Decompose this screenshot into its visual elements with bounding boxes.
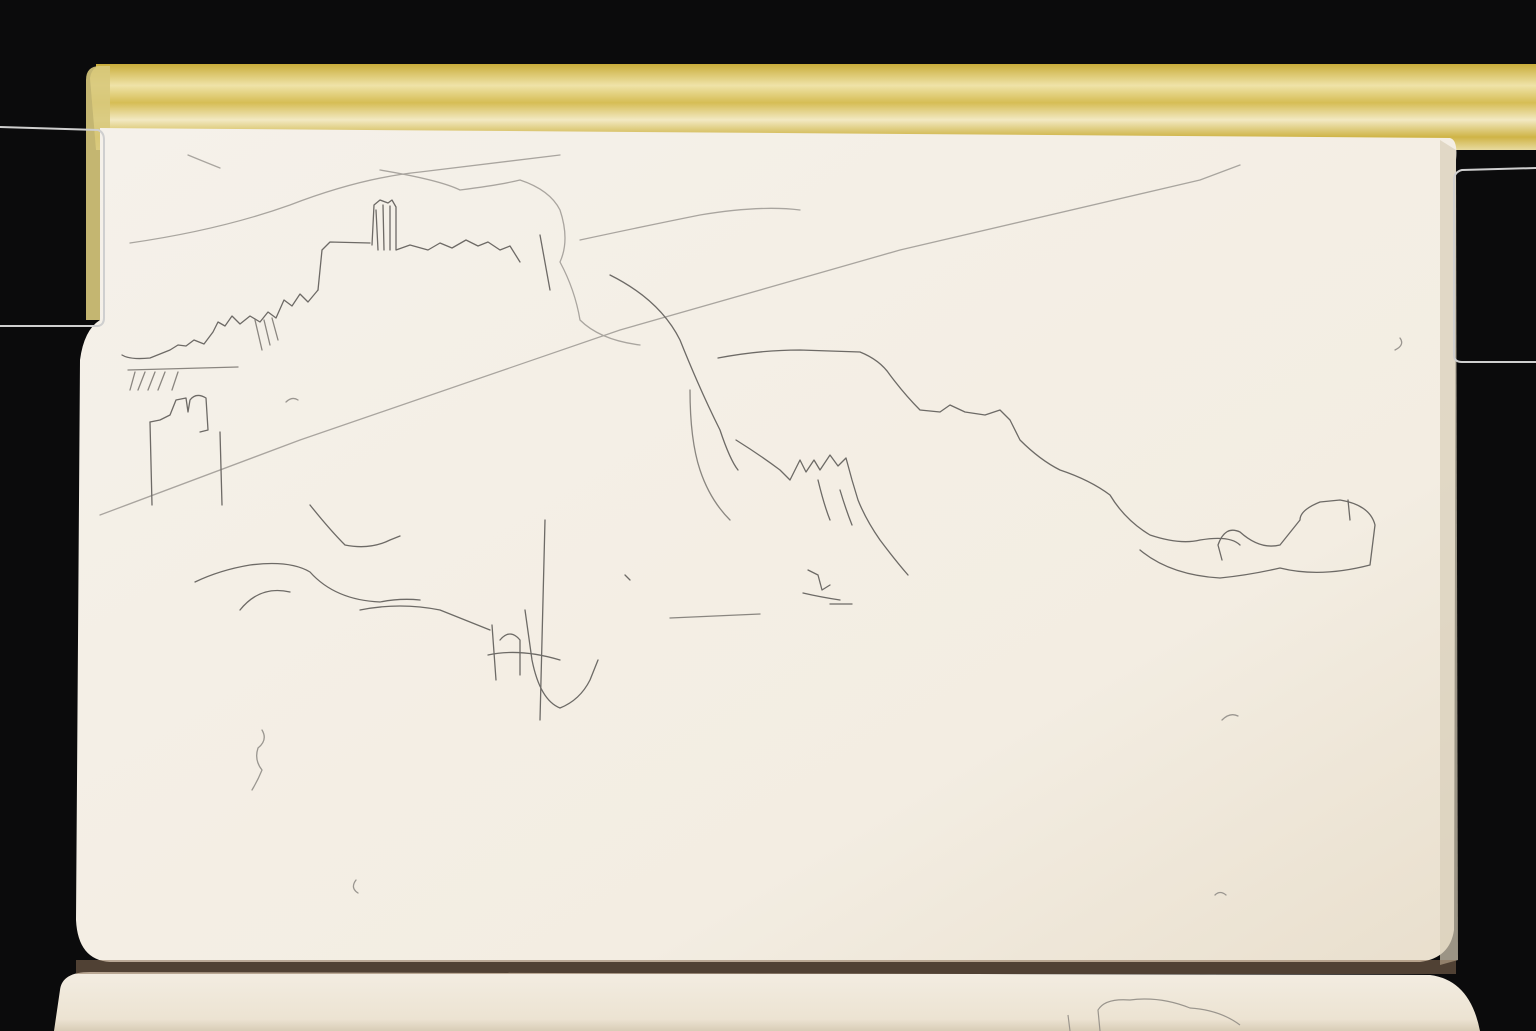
next-page	[54, 972, 1480, 1031]
sketchbook-page	[76, 128, 1456, 962]
sketch-canvas	[0, 0, 1536, 1031]
sketchbook-photo	[0, 0, 1536, 1031]
